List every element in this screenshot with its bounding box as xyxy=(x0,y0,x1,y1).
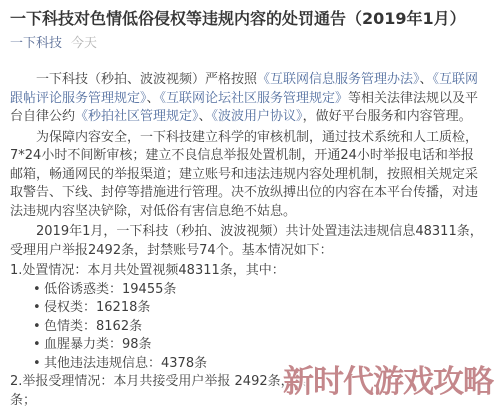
article-body: 一下科技（秒拍、波波视频）严格按照《互联网信息服务管理办法》、《互联网跟帖评论服… xyxy=(10,71,484,408)
disposal-stats-list: 低俗诱惑类：19455条 侵权类：16218条 色情类：8162条 血腥暴力类：… xyxy=(10,281,484,374)
paragraph-compliance: 一下科技（秒拍、波波视频）严格按照《互联网信息服务管理办法》、《互联网跟帖评论服… xyxy=(10,71,484,127)
list-item: 其他违法违规信息：4378条 xyxy=(10,355,484,374)
list-item: 侵权类：16218条 xyxy=(10,299,484,318)
disposal-intro: 1.处置情况：本月共处置视频48311条，其中： xyxy=(10,262,484,281)
paragraph-text: 、 xyxy=(420,72,433,87)
report-line-2: 条； xyxy=(10,392,484,408)
paragraph-text: ，做好平台服务和内容管理。 xyxy=(303,109,472,124)
list-item: 色情类：8162条 xyxy=(10,318,484,337)
list-item: 血腥暴力类：98条 xyxy=(10,336,484,355)
paragraph-text: 、 xyxy=(199,109,212,124)
law-link-information-service[interactable]: 《互联网信息服务管理办法》 xyxy=(257,72,420,87)
paragraph-text: 、 xyxy=(147,91,160,106)
article-page: 一下科技对色情低俗侵权等违规内容的处罚通告（2019年1月） 一下科技今天 一下… xyxy=(0,0,494,408)
paragraph-review-mechanism: 为保障内容安全，一下科技建立科学的审核机制，通过技术系统和人工质检，7*24小时… xyxy=(10,129,484,222)
paragraph-monthly-summary: 2019年1月，一下科技（秒拍、波波视频）共计处置违法违规信息48311条，受理… xyxy=(10,223,484,260)
report-line-1: 2.举报受理情况：本月共接受用户举报 2492条，其 xyxy=(10,373,484,392)
rule-link-bobo-agreement[interactable]: 《波波用户协议》 xyxy=(212,109,303,124)
publish-date: 今天 xyxy=(71,36,97,51)
paragraph-text: 一下科技（秒拍、波波视频）严格按照 xyxy=(36,72,257,87)
page-title: 一下科技对色情低俗侵权等违规内容的处罚通告（2019年1月） xyxy=(10,8,484,30)
account-link[interactable]: 一下科技 xyxy=(10,36,62,51)
article-meta: 一下科技今天 xyxy=(10,36,484,51)
law-link-forum-community[interactable]: 《互联网论坛社区服务管理规定》 xyxy=(160,91,349,106)
rule-link-miaopai-community[interactable]: 《秒拍社区管理规定》 xyxy=(75,109,199,124)
list-item: 低俗诱惑类：19455条 xyxy=(10,281,484,300)
